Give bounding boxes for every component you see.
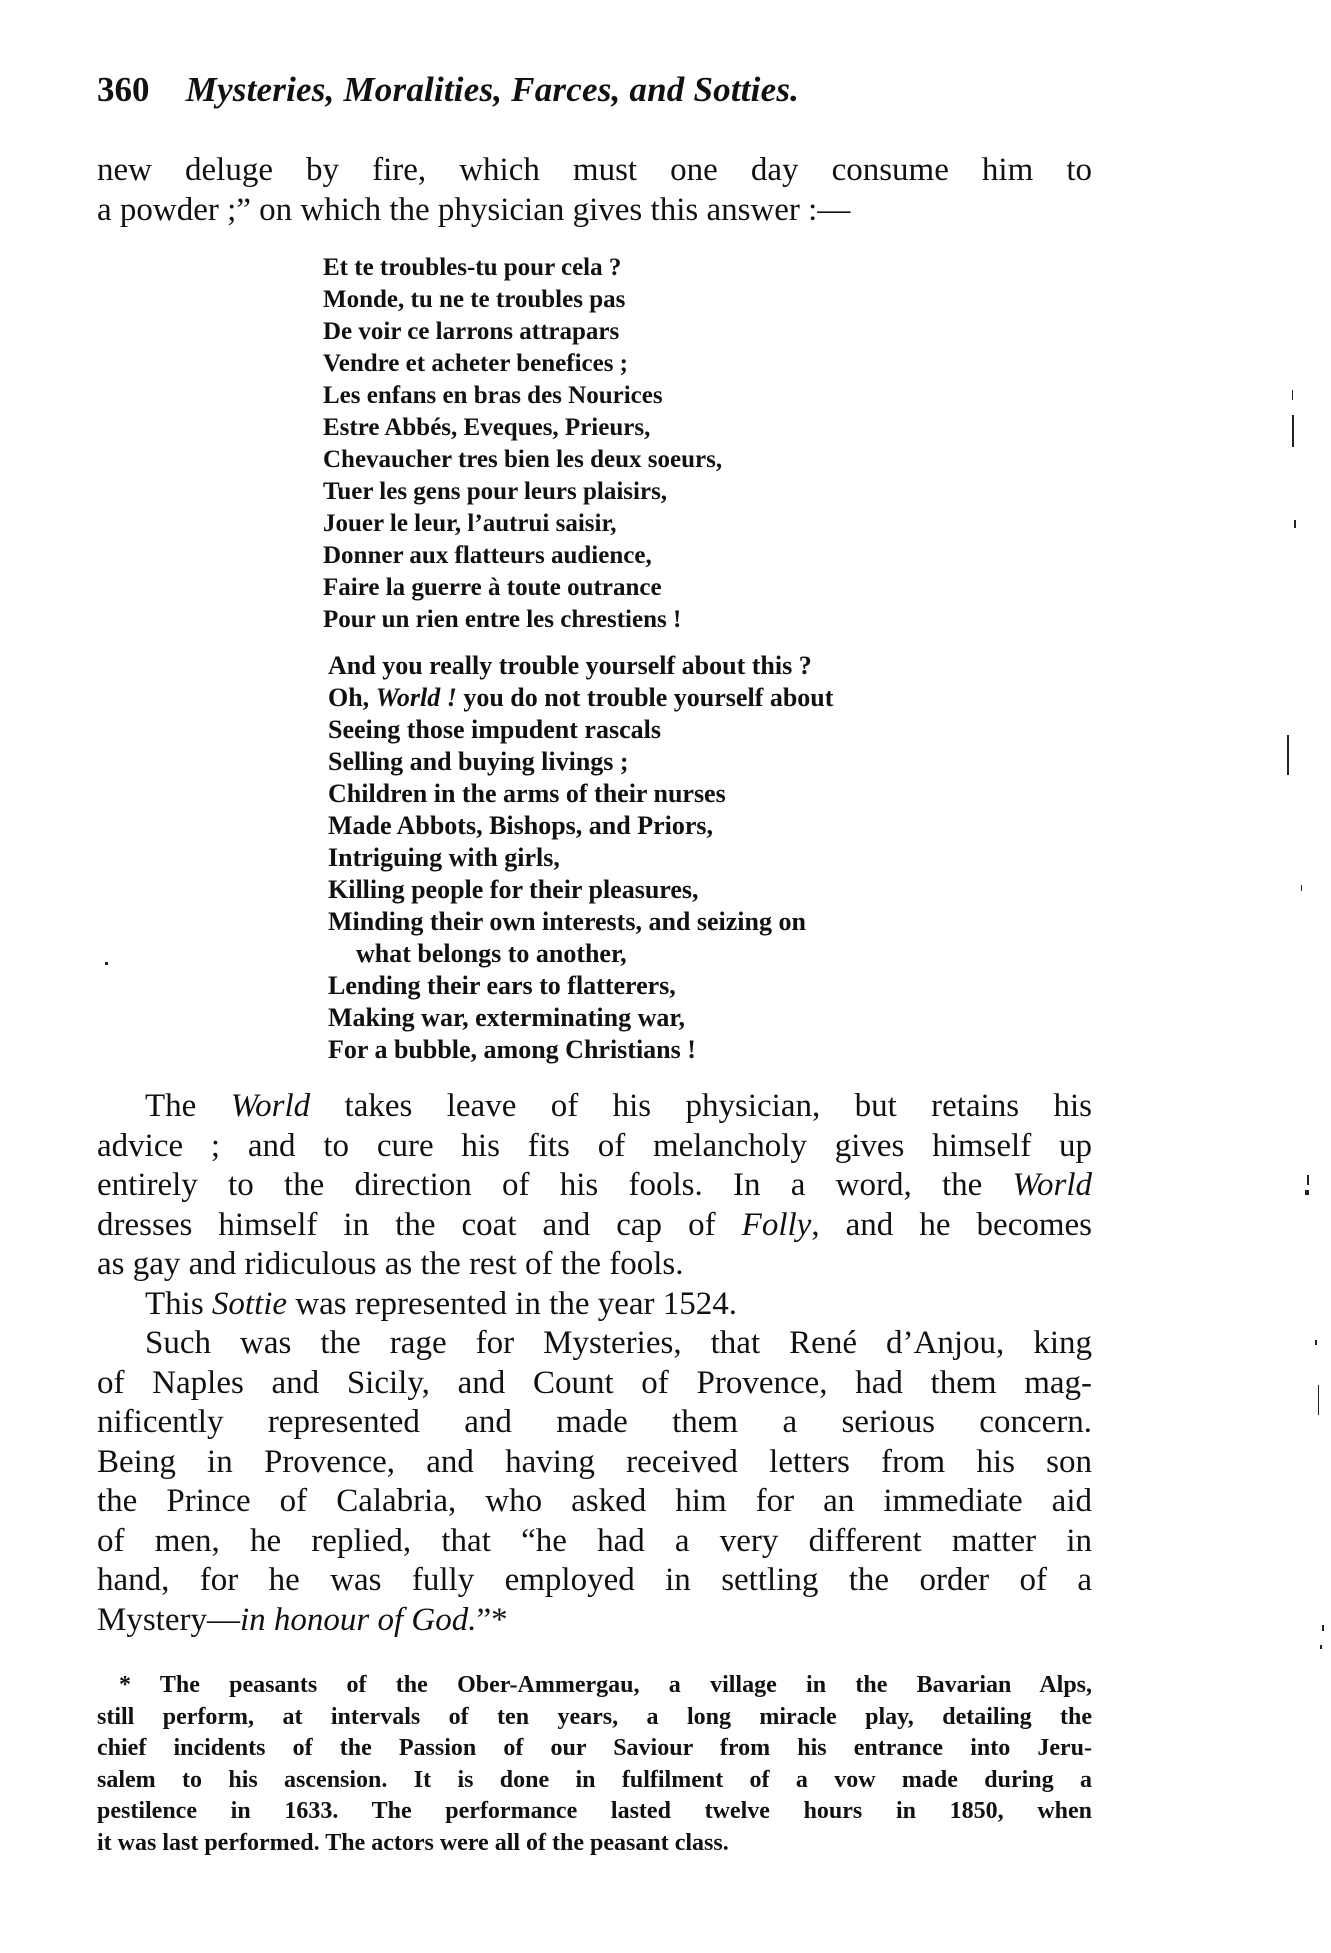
italic-run: World	[231, 1088, 310, 1124]
footnote-line: salem to his ascension. It is done in fu…	[97, 1765, 1092, 1797]
text-run: dresses himself in the coat and cap of	[97, 1207, 742, 1243]
scan-mark	[1315, 1340, 1317, 1345]
text-run: Mystery—	[97, 1602, 240, 1638]
verse-line: Making war, exterminating war,	[328, 1002, 833, 1034]
text-line: nificently represented and made them a s…	[97, 1403, 1092, 1443]
scan-mark	[1320, 1645, 1322, 1649]
verse-line: Chevaucher tres bien les deux soeurs,	[323, 444, 722, 476]
text-line: of Naples and Sicily, and Count of Prove…	[97, 1364, 1092, 1404]
text-line: new deluge by fire, which must one day c…	[97, 150, 1092, 190]
verse-line: Faire la guerre à toute outrance	[323, 572, 722, 604]
text-line: advice ; and to cure his fits of melanch…	[97, 1127, 1092, 1167]
text-line: This Sottie was represented in the year …	[97, 1285, 1092, 1325]
text-run: was represented in the year 1524.	[287, 1286, 737, 1322]
text-line: Such was the rage for Mysteries, that Re…	[97, 1324, 1092, 1364]
text-line: as gay and ridiculous as the rest of the…	[97, 1245, 1092, 1285]
verse-line: Tuer les gens pour leurs plaisirs,	[323, 476, 722, 508]
verse-line: De voir ce larrons attrapars	[323, 316, 722, 348]
text-line: the Prince of Calabria, who asked him fo…	[97, 1482, 1092, 1522]
text-line: The World takes leave of his physician, …	[97, 1087, 1092, 1127]
page-number: 360	[97, 68, 177, 112]
scan-mark	[105, 962, 108, 965]
verse-line: Pour un rien entre les chrestiens !	[323, 604, 722, 636]
verse-line: Made Abbots, Bishops, and Priors,	[328, 810, 833, 842]
scan-mark	[1294, 520, 1296, 528]
italic-run: Folly	[742, 1207, 812, 1243]
text-line: dresses himself in the coat and cap of F…	[97, 1206, 1092, 1246]
footnote: * The peasants of the Ober-Ammergau, a v…	[97, 1670, 1092, 1859]
body-text: The World takes leave of his physician, …	[97, 1087, 1092, 1640]
text-line: hand, for he was fully employed in settl…	[97, 1561, 1092, 1601]
verse-italic: World !	[376, 683, 457, 712]
verse-text: Oh,	[328, 683, 376, 712]
verse-line: And you really trouble yourself about th…	[328, 650, 833, 682]
italic-run: Sottie	[212, 1286, 287, 1322]
running-title: Mysteries, Moralities, Farces, and Sotti…	[186, 70, 799, 109]
verse-line: Les enfans en bras des Nourices	[323, 380, 722, 412]
verse-line: Children in the arms of their nurses	[328, 778, 833, 810]
text-run: takes leave of his physician, but retain…	[310, 1088, 1092, 1124]
footnote-line: * The peasants of the Ober-Ammergau, a v…	[97, 1670, 1092, 1702]
verse-line: Jouer le leur, l’autrui saisir,	[323, 508, 722, 540]
footnote-line: it was last performed. The actors were a…	[97, 1828, 1092, 1860]
verse-line: Donner aux flatteurs audience,	[323, 540, 722, 572]
footnote-line: chief incidents of the Passion of our Sa…	[97, 1733, 1092, 1765]
text-line: a powder ;” on which the physician gives…	[97, 190, 1092, 230]
text-line: Being in Provence, and having received l…	[97, 1443, 1092, 1483]
verse-line: Vendre et acheter benefices ;	[323, 348, 722, 380]
text-run: , and he becomes	[811, 1207, 1092, 1243]
verse-line: For a bubble, among Christians !	[328, 1034, 833, 1066]
verse-line: Intriguing with girls,	[328, 842, 833, 874]
verse-line: Lending their ears to flatterers,	[328, 970, 833, 1002]
verse-line: Killing people for their pleasures,	[328, 874, 833, 906]
verse-line-turnover: what belongs to another,	[328, 938, 833, 970]
verse-line: Selling and buying livings ;	[328, 746, 833, 778]
scan-mark	[1305, 1190, 1309, 1195]
text-run: entirely to the direction of his fools. …	[97, 1167, 1013, 1203]
text-run: This	[145, 1286, 212, 1322]
english-verse: And you really trouble yourself about th…	[328, 650, 833, 1066]
text-run: The	[145, 1088, 231, 1124]
scan-mark	[1292, 390, 1293, 400]
verse-line: Monde, tu ne te troubles pas	[323, 284, 722, 316]
verse-line: Seeing those impudent rascals	[328, 714, 833, 746]
scan-mark	[1292, 415, 1294, 447]
scan-mark	[1307, 1175, 1309, 1185]
footnote-line: still perform, at intervals of ten years…	[97, 1702, 1092, 1734]
verse-line: Estre Abbés, Eveques, Prieurs,	[323, 412, 722, 444]
lead-paragraph: new deluge by fire, which must one day c…	[97, 150, 1092, 230]
running-head: 360 Mysteries, Moralities, Farces, and S…	[97, 68, 1097, 112]
verse-line: Oh, World ! you do not trouble yourself …	[328, 682, 833, 714]
text-line: Mystery—in honour of God.”*	[97, 1601, 1092, 1641]
verse-line: Et te troubles-tu pour cela ?	[323, 252, 722, 284]
verse-line: Minding their own interests, and seizing…	[328, 906, 833, 938]
scan-mark	[1287, 735, 1289, 775]
text-line: entirely to the direction of his fools. …	[97, 1166, 1092, 1206]
verse-text: you do not trouble yourself about	[457, 683, 834, 712]
book-page: 360 Mysteries, Moralities, Farces, and S…	[0, 0, 1331, 1953]
scan-mark	[1318, 1385, 1319, 1415]
french-verse: Et te troubles-tu pour cela ? Monde, tu …	[323, 252, 722, 636]
footnote-line: pestilence in 1633. The performance last…	[97, 1796, 1092, 1828]
text-run: ”*	[477, 1602, 508, 1638]
scan-mark	[1322, 1625, 1324, 1631]
italic-run: World	[1013, 1167, 1092, 1203]
scan-mark	[1301, 885, 1302, 891]
text-line: of men, he replied, that “he had a very …	[97, 1522, 1092, 1562]
italic-run: in honour of God.	[240, 1602, 477, 1638]
